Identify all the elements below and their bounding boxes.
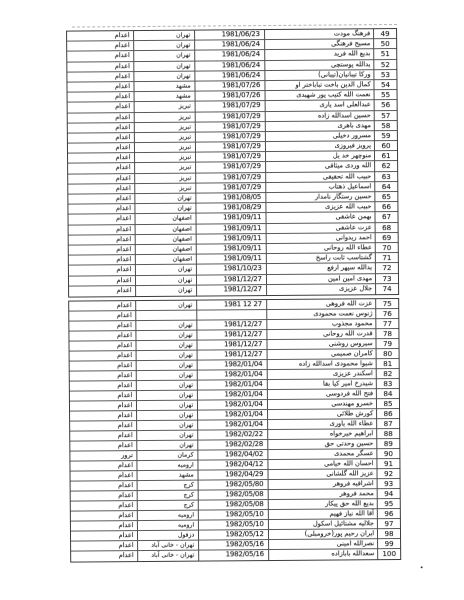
- cell-num: 60: [375, 141, 397, 150]
- cell-date: 1981/07/26: [196, 91, 266, 101]
- cell-num: 81: [377, 359, 399, 368]
- cell-date: 1981/09/11: [197, 213, 267, 223]
- cell-method: اعدام: [70, 431, 137, 441]
- document-page: اعدامتهران1981/06/23فرهنگ مودت49اعدامتهر…: [0, 0, 464, 600]
- cell-date: 1981/09/11: [197, 234, 267, 244]
- cell-num: 96: [378, 509, 400, 518]
- cell-num: 85: [377, 399, 399, 408]
- cell-num: 69: [376, 233, 398, 242]
- cell-method: اعدام: [70, 461, 137, 471]
- cell-name: قدرت الله روحانی: [267, 329, 376, 339]
- table-section-2: اعدامتهران1981 12 27عزت الله فروهی75اعدا…: [68, 298, 401, 563]
- cell-city: تهران: [136, 285, 198, 296]
- cell-date: 1981/09/11: [197, 254, 267, 264]
- cell-city: تهران: [136, 300, 198, 309]
- cell-date: 1982/04/29: [199, 470, 269, 480]
- cell-city: تبریز: [135, 143, 197, 153]
- cell-name: کورش طلائی: [268, 409, 377, 419]
- cell-name: عطاء الله روحانی: [267, 243, 376, 253]
- cell-city: تهران: [134, 31, 196, 41]
- cell-method: اعدام: [71, 541, 138, 551]
- cell-num: 82: [377, 369, 399, 378]
- cell-city: تهران: [136, 330, 198, 339]
- cell-method: اعدام: [70, 381, 137, 391]
- cell-num: 57: [375, 111, 397, 120]
- cell-num: 50: [374, 39, 396, 48]
- cell-city: مشهد: [134, 82, 196, 92]
- cell-city: تهران: [134, 71, 196, 81]
- cell-city: تهران: [136, 360, 198, 369]
- cell-method: اعدام: [70, 411, 137, 421]
- cell-city: تبریز: [135, 183, 197, 193]
- cell-name: مسیح فرهنگی: [265, 39, 374, 49]
- cell-city: تهران: [136, 350, 198, 359]
- cell-num: 93: [378, 479, 400, 488]
- cell-method: اعدام: [69, 225, 136, 235]
- cell-num: 94: [378, 489, 400, 498]
- cell-method: اعدام: [70, 351, 137, 361]
- cell-num: 72: [376, 263, 398, 272]
- cell-date: 1982/05/10: [199, 510, 269, 520]
- cell-num: 54: [375, 80, 397, 89]
- cell-method: اعدام: [71, 511, 138, 521]
- cell-method: اعدام: [68, 102, 135, 112]
- cell-city: تهران: [135, 194, 197, 204]
- cell-method: اعدام: [67, 31, 134, 41]
- cell-num: 66: [376, 202, 398, 211]
- cell-city: تهران: [136, 275, 198, 285]
- cell-name: مهدی امین امین: [267, 274, 376, 284]
- cell-city: دزفول: [138, 530, 200, 539]
- cell-method: ترور: [70, 451, 137, 461]
- cell-city: کرج: [137, 490, 199, 499]
- cell-method: اعدام: [70, 371, 137, 381]
- cell-num: 52: [374, 60, 396, 69]
- cell-method: اعدام: [71, 551, 138, 562]
- cell-city: تهران: [135, 265, 197, 275]
- cell-city: تبریز: [134, 112, 196, 122]
- cell-name: ژنوس نعمت محمودی: [267, 309, 376, 319]
- cell-city: اصفهان: [135, 214, 197, 224]
- cell-name: اسکندر عزیزی: [268, 369, 377, 379]
- cell-method: اعدام: [71, 481, 138, 491]
- cell-name: احمد ریدوانی: [266, 233, 375, 243]
- cell-name: ورکا تیبانیان(تیبانی): [265, 70, 374, 80]
- cell-name: مهدی باهری: [266, 121, 375, 131]
- cell-name: اسماعیل ذهتاب: [266, 182, 375, 192]
- cell-name: کمال الدین باخت تباباختر او: [265, 80, 374, 90]
- cell-city: ارومیه: [137, 510, 199, 519]
- cell-num: 78: [377, 329, 399, 338]
- cell-date: 1981/07/29: [196, 183, 266, 193]
- cell-name: عزت الله فروهی: [267, 299, 376, 309]
- cell-city: تهران: [136, 370, 198, 379]
- cell-date: 1982/04/12: [199, 460, 269, 470]
- cell-num: 65: [375, 192, 397, 201]
- cell-name: منوچهر خد یل: [266, 151, 375, 161]
- cell-name: مسرور دخیلی: [266, 131, 375, 141]
- cell-city: تهران - خانی آباد: [138, 550, 200, 560]
- cell-method: اعدام: [69, 301, 136, 311]
- cell-date: 1982/02/28: [198, 440, 268, 450]
- cell-name: حسین وحدتی حق: [268, 439, 377, 449]
- cell-date: 1981/12/27: [198, 340, 268, 350]
- cell-method: اعدام: [68, 184, 135, 194]
- cell-city: تهران: [136, 320, 198, 329]
- cell-name: شیوا محمودی اسدالله زاده: [267, 359, 376, 369]
- cell-date: 1982/01/04: [198, 400, 268, 410]
- cell-name: بدیع الله فرید: [265, 50, 374, 60]
- cell-method: اعدام: [70, 391, 137, 401]
- cell-method: اعدام: [67, 41, 134, 51]
- cell-city: تهران: [134, 61, 196, 71]
- cell-city: تهران: [136, 380, 198, 389]
- cell-name: حبیب الله تحقیقی: [266, 172, 375, 182]
- cell-date: 1982/02/22: [198, 430, 268, 440]
- cell-city: تهران: [136, 390, 198, 399]
- cell-city: تهران: [137, 430, 199, 439]
- cell-method: اعدام: [69, 321, 136, 331]
- cell-num: 100: [378, 549, 400, 559]
- cell-num: 92: [378, 469, 400, 478]
- cell-num: 89: [377, 439, 399, 448]
- cell-date: 1981/12/27: [198, 330, 268, 340]
- cell-num: 68: [376, 223, 398, 232]
- cell-method: اعدام: [71, 521, 138, 531]
- cell-num: 91: [378, 459, 400, 468]
- cell-name: سیروس روشنی: [267, 339, 376, 349]
- cell-name: عطاء الله یاوری: [268, 419, 377, 429]
- cell-num: 75: [376, 299, 398, 308]
- cell-city: تبریز: [135, 173, 197, 183]
- table-section-1: اعدامتهران1981/06/23فرهنگ مودت49اعدامتهر…: [66, 28, 399, 297]
- cell-num: 62: [375, 161, 397, 170]
- cell-name: خسرو مهندسی: [268, 399, 377, 409]
- cell-date: 1981 12 27: [197, 300, 267, 310]
- cell-city: تهران: [135, 204, 197, 214]
- cell-method: اعدام: [68, 194, 135, 204]
- cell-num: 80: [377, 349, 399, 358]
- cell-date: 1981/09/11: [197, 244, 267, 254]
- cell-name: نصرالله امینی: [269, 539, 378, 549]
- cell-num: 77: [376, 319, 398, 328]
- cell-city: تهران - خانی آباد: [138, 540, 200, 549]
- cell-date: 1982/05/80: [199, 480, 269, 490]
- cell-num: 90: [377, 449, 399, 458]
- cell-num: 73: [376, 274, 398, 283]
- cell-method: اعدام: [69, 286, 136, 297]
- cell-method: اعدام: [68, 92, 135, 102]
- cell-city: مشهد: [134, 92, 196, 102]
- cell-method: اعدام: [71, 531, 138, 541]
- cell-name: ابراهیم خیرخواه: [268, 429, 377, 439]
- cell-num: 88: [377, 429, 399, 438]
- cell-date: 1982/05/16: [199, 550, 269, 561]
- cell-num: 63: [375, 172, 397, 181]
- cell-method: اعدام: [67, 51, 134, 61]
- cell-name: عسگر محمدی: [268, 449, 377, 459]
- cell-name: عزت عاشقی: [266, 223, 375, 233]
- cell-city: تهران: [136, 340, 198, 349]
- cell-method: اعدام: [69, 276, 136, 286]
- cell-name: شیدرخ امیر کیا بقا: [268, 379, 377, 389]
- cell-city: [136, 310, 198, 319]
- cell-date: 1981/08/29: [197, 203, 267, 213]
- cell-num: 58: [375, 121, 397, 130]
- cell-name: حبیب الله عزیزی: [266, 202, 375, 212]
- cell-date: 1982/05/10: [199, 520, 269, 530]
- cell-city: تهران: [137, 410, 199, 419]
- cell-date: 1981/12/27: [198, 320, 268, 330]
- cell-date: 1981/07/29: [196, 122, 266, 132]
- cell-date: 1981/12/27: [197, 275, 267, 285]
- cell-num: 59: [375, 131, 397, 140]
- cell-date: 1981/07/29: [196, 162, 266, 172]
- cell-city: اصفهان: [135, 234, 197, 244]
- cell-name: حسین رستگار نامدار: [266, 192, 375, 202]
- cell-city: تهران: [137, 400, 199, 409]
- cell-date: 1981/06/24: [196, 61, 266, 71]
- cell-name: جلالیه مشتائیل اسکول: [269, 519, 378, 529]
- cell-city: کرمان: [137, 450, 199, 459]
- cell-num: 49: [374, 29, 396, 38]
- cell-num: 86: [377, 409, 399, 418]
- cell-method: اعدام: [68, 153, 135, 163]
- cell-num: 87: [377, 419, 399, 428]
- cell-num: 64: [375, 182, 397, 191]
- cell-name: اشراقیه فروهر: [268, 479, 377, 489]
- cell-date: 1981/06/24: [195, 50, 265, 60]
- cell-date: 1982/04/02: [199, 450, 269, 460]
- cell-name: فتح الله فردوسی: [268, 389, 377, 399]
- cell-num: 55: [375, 90, 397, 99]
- cell-name: بهمن عاشقی: [266, 213, 375, 223]
- cell-date: 1982/01/04: [198, 410, 268, 420]
- cell-method: اعدام: [70, 421, 137, 431]
- cell-method: اعدام: [67, 62, 134, 72]
- cell-date: 1981/07/29: [196, 112, 266, 122]
- cell-date: 1981/07/29: [196, 173, 266, 183]
- cell-num: 98: [378, 529, 400, 538]
- cell-date: 1981/07/29: [196, 142, 266, 152]
- cell-city: تبریز: [134, 122, 196, 132]
- cell-method: اعدام: [68, 164, 135, 174]
- cell-city: تبریز: [135, 163, 197, 173]
- cell-num: 70: [376, 243, 398, 252]
- cell-name: نعمت الله کتیب پور شهیدی: [265, 90, 374, 100]
- cell-name: آقا الله نیاز فهیم: [269, 509, 378, 519]
- cell-date: 1981/12/27: [198, 350, 268, 360]
- cell-name: بدیع الله حق پیکار: [269, 499, 378, 509]
- cell-name: سعدالله بابازاده: [269, 549, 378, 560]
- cell-date: 1982/01/04: [198, 370, 268, 380]
- cell-date: 1981/12/27: [197, 285, 267, 296]
- cell-name: عزیز الله گلشانی: [268, 469, 377, 479]
- cell-city: تبریز: [134, 102, 196, 112]
- cell-num: 99: [378, 539, 400, 548]
- cell-method: اعدام: [68, 214, 135, 224]
- cell-method: اعدام: [68, 123, 135, 133]
- cell-method: اعدام: [69, 265, 136, 275]
- table-row: اعدامتهران - خانی آباد1982/05/16سعدالله …: [71, 549, 400, 562]
- cell-date: 1981/10/23: [197, 264, 267, 274]
- cell-date: 1982/05/08: [199, 490, 269, 500]
- cell-name: محمد فروهر: [268, 489, 377, 499]
- cell-city: تهران: [134, 51, 196, 61]
- cell-city: ارومیه: [137, 460, 199, 469]
- cell-name: محمود مجذوب: [267, 319, 376, 329]
- cell-num: 84: [377, 389, 399, 398]
- cell-city: مشهد: [137, 470, 199, 479]
- cell-date: 1981/07/29: [196, 152, 266, 162]
- cell-num: 53: [375, 70, 397, 79]
- cell-name: الله وردی میثاقی: [266, 162, 375, 172]
- cell-city: اصفهان: [135, 245, 197, 255]
- cell-method: اعدام: [68, 133, 135, 143]
- cell-method: اعدام: [67, 82, 134, 92]
- cell-city: اصفهان: [135, 224, 197, 234]
- cell-num: 56: [375, 100, 397, 109]
- cell-method: اعدام: [71, 471, 138, 481]
- cell-city: تبریز: [134, 132, 196, 142]
- cell-date: 1981/06/23: [195, 30, 265, 40]
- cell-date: 1981/07/26: [196, 81, 266, 91]
- cell-name: ایران رحیم پور(خرومبلی): [269, 529, 378, 539]
- cell-num: 79: [377, 339, 399, 348]
- cell-name: فرهنگ مودت: [265, 29, 374, 39]
- cell-method: اعدام: [68, 174, 135, 184]
- cell-date: 1982/05/12: [199, 530, 269, 540]
- cell-method: اعدام: [70, 441, 137, 451]
- cell-date: 1982/01/04: [198, 420, 268, 430]
- cell-city: تهران: [134, 41, 196, 51]
- cell-method: اعدام: [69, 311, 136, 321]
- cell-city: تبریز: [135, 153, 197, 163]
- cell-date: 1982/01/04: [198, 360, 268, 370]
- cell-method: اعدام: [71, 501, 138, 511]
- cell-date: 1981/08/05: [197, 193, 267, 203]
- cell-date: 1982/01/04: [198, 390, 268, 400]
- cell-date: 1981/06/24: [195, 40, 265, 50]
- cell-method: اعدام: [69, 331, 136, 341]
- cell-city: کرج: [137, 480, 199, 489]
- cell-name: عبدالعلی اسد یاری: [265, 101, 374, 111]
- cell-method: اعدام: [68, 204, 135, 214]
- cell-num: 71: [376, 253, 398, 262]
- cell-num: 95: [378, 499, 400, 508]
- cell-name: حسین اسدالله زاده: [265, 111, 374, 121]
- cell-date: 1981/09/11: [197, 224, 267, 234]
- cell-method: اعدام: [67, 72, 134, 82]
- cell-city: ارومیه: [137, 520, 199, 529]
- cell-num: 67: [376, 212, 398, 221]
- cell-num: 74: [376, 284, 398, 294]
- ink-speck: ·: [417, 564, 427, 574]
- cell-city: تهران: [137, 440, 199, 449]
- cell-num: 83: [377, 379, 399, 388]
- cell-city: کرج: [137, 500, 199, 509]
- cell-date: 1981/06/24: [196, 71, 266, 81]
- cell-name: یدالله پوستچی: [265, 60, 374, 70]
- cell-num: 61: [375, 151, 397, 160]
- cell-method: اعدام: [71, 491, 138, 501]
- cell-city: تهران: [137, 420, 199, 429]
- cell-city: اصفهان: [135, 255, 197, 265]
- cell-date: 1982/05/08: [199, 500, 269, 510]
- cell-name: احسان الله خیامی: [268, 459, 377, 469]
- cell-num: 97: [378, 519, 400, 528]
- cell-date: 1981/07/29: [196, 132, 266, 142]
- cell-method: اعدام: [69, 341, 136, 351]
- cell-date: 1982/05/16: [199, 540, 269, 550]
- cell-name: یدالله سپهر ارفع: [267, 264, 376, 274]
- cell-method: اعدام: [68, 113, 135, 123]
- cell-method: اعدام: [69, 245, 136, 255]
- cell-date: [197, 310, 267, 320]
- cell-num: 76: [376, 309, 398, 318]
- table-row: اعدامتهران1981/12/27جلال عزیزی74: [69, 284, 398, 297]
- executions-table: اعدامتهران1981/06/23فرهنگ مودت49اعدامتهر…: [66, 24, 403, 562]
- cell-method: اعدام: [70, 361, 137, 371]
- cell-method: اعدام: [70, 401, 137, 411]
- cell-date: 1982/01/04: [198, 380, 268, 390]
- cell-name: پرویز فیروزی: [266, 141, 375, 151]
- cell-method: اعدام: [69, 235, 136, 245]
- cell-name: جلال عزیزی: [267, 284, 376, 295]
- cell-name: کامران صمیمی: [267, 349, 376, 359]
- cell-name: گشتاسب ثابت راسخ: [267, 253, 376, 263]
- cell-date: 1981/07/29: [196, 101, 266, 111]
- cell-num: 51: [374, 49, 396, 58]
- cell-method: اعدام: [68, 143, 135, 153]
- cell-method: اعدام: [69, 255, 136, 265]
